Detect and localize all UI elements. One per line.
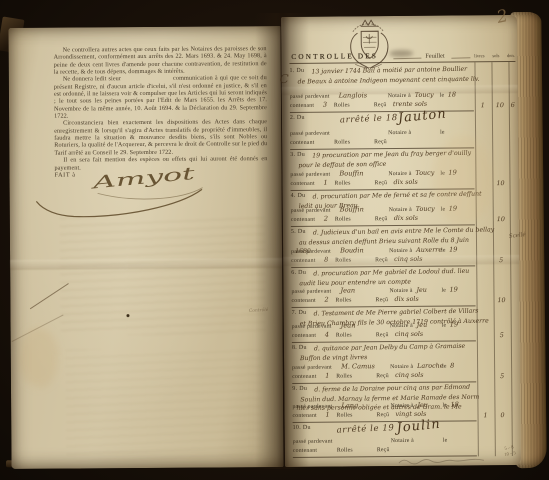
notary-place: Jeu — [416, 286, 427, 294]
label-rolles: Rolles — [334, 139, 350, 145]
amount-sols: 0 — [494, 411, 510, 419]
fee-row: contenant 1 Rolles Reçû cinq sols — [284, 372, 520, 382]
folio-label: Feuillet — [425, 53, 444, 60]
label-contenant: contenant — [292, 374, 316, 380]
label-passe-pardevant: passé pardevant — [292, 324, 332, 330]
label-recu: Reçû — [374, 139, 387, 145]
pencil-number-bottom: 10 – 5 — [504, 450, 516, 458]
fee-received: trente sols — [393, 100, 427, 108]
paragraph: Ne controllera autres actes que ceux fai… — [54, 45, 267, 76]
rolles-count: 4 — [325, 331, 329, 339]
fee-received: cinq sols — [395, 330, 423, 338]
paragraph-start: Ne donnera ledit sieur — [63, 76, 121, 83]
day-number: 8 — [450, 362, 454, 370]
label-notaire-a: Notaire à — [390, 403, 413, 409]
pencil-edge-numbers: 5 – 8 10 – 5 — [503, 444, 516, 458]
clerk-signature: Jauton — [397, 107, 447, 127]
day-number: 19 — [450, 321, 458, 329]
paragraph: Circonstanciera bien exactement les disp… — [54, 119, 267, 157]
entry-number: 10. Du — [293, 425, 311, 431]
rolles-count: 2 — [324, 296, 328, 304]
fee-row: contenant Rolles Reçû — [285, 446, 521, 456]
label-contenant: contenant — [293, 448, 317, 454]
label-recu: Reçû — [376, 332, 389, 338]
verso-showthrough — [66, 348, 262, 461]
stain — [19, 328, 59, 388]
clerk-signature: Joulin — [396, 417, 441, 436]
rolles-count: 1 — [325, 411, 329, 419]
label-contenant: contenant — [291, 217, 315, 223]
register-entry-7: 7. Du d. Testament de Me Pierre gabriel … — [284, 306, 520, 343]
label-rolles: Rolles — [336, 332, 352, 338]
label-rolles: Rolles — [337, 447, 353, 453]
notary-name: Bouffin — [340, 205, 364, 213]
label-notaire-a: Notaire à — [390, 364, 413, 370]
verso-showthrough — [60, 216, 266, 335]
entry-text-line2: Buffon de vingt livres — [300, 354, 367, 362]
label-passe-pardevant: passé pardevant — [291, 289, 331, 295]
pencil-annotation-squiggle — [397, 456, 489, 467]
amount-sols: 10 — [493, 215, 509, 223]
label-contenant: contenant — [291, 298, 315, 304]
amount-livres: 1 — [477, 411, 493, 419]
label-contenant: contenant — [292, 333, 316, 339]
fee-received: dix sols — [394, 295, 418, 303]
notary-name: Jean — [340, 286, 355, 294]
entry-text-line1: d. ferme de la Doraine pour cinq ans par… — [314, 384, 470, 394]
entry-text-line2: au dessus ancien deffunt Brieu suivant R… — [299, 237, 469, 247]
fee-received: dix sols — [393, 178, 417, 186]
label-contenant: contenant — [290, 140, 314, 146]
fee-row: contenant 2 Rolles Reçû dix sols — [283, 215, 519, 225]
paper-crease — [10, 258, 282, 270]
amount-sols: 10 — [493, 296, 509, 304]
notary-place: Toucy — [416, 205, 435, 213]
entry-number: 5. Du — [291, 229, 306, 235]
label-notaire-a: Notaire à — [389, 207, 412, 213]
entry-text-line1: d. quitance par Jean Delby du Camp à Gra… — [314, 343, 465, 353]
rolles-count: 2 — [324, 215, 328, 223]
label-passe-pardevant: passé pardevant — [291, 208, 331, 214]
handwritten-dash — [451, 57, 470, 58]
label-passe-pardevant: passé pardevant — [290, 172, 330, 178]
label-rolles: Rolles — [336, 412, 352, 418]
fee-row: contenant Rolles Reçû — [282, 138, 518, 148]
arrete-note: arrêté le 19 — [336, 423, 394, 436]
notary-name: Bouffin — [339, 169, 363, 177]
stain — [432, 135, 493, 226]
rolles-count: 1 — [325, 372, 329, 380]
label-recu: Reçû — [376, 412, 389, 418]
label-notaire-a: Notaire à — [388, 171, 411, 177]
column-header-deniers: den. — [504, 53, 517, 58]
right-page: CONTROLLE DES Feuillet livres sols den. — [281, 15, 521, 467]
notary-place: Auxerre — [416, 246, 442, 254]
label-recu: Reçû — [377, 447, 390, 453]
rolles-count: 1 — [323, 179, 327, 187]
fee-received: cinq sols — [395, 371, 423, 379]
entry-number: 8. Du — [292, 345, 307, 351]
notary-place: Jeu — [417, 401, 428, 409]
label-passe-pardevant: passé pardevant — [290, 131, 330, 137]
label-recu: Reçû — [375, 297, 388, 303]
amount-sols: 5 — [494, 331, 510, 339]
label-le: le — [441, 288, 446, 294]
day-number: 19 — [449, 286, 457, 294]
label-le: le — [442, 323, 447, 329]
entry-number: 1. Du — [289, 68, 304, 74]
label-le: le — [441, 248, 446, 254]
fee-row: contenant 2 Rolles Reçû dix sols — [283, 296, 519, 306]
label-recu: Reçû — [376, 373, 389, 379]
label-rolles: Rolles — [334, 102, 350, 108]
entry-number: 9. Du — [292, 386, 307, 392]
label-contenant: contenant — [292, 413, 316, 419]
label-contenant: contenant — [290, 181, 314, 187]
notary-name: Jean — [341, 321, 356, 329]
register-entry-10: 10. Du arrêté le 19 Joulin passé pardeva… — [285, 421, 521, 458]
label-le: le — [442, 364, 447, 370]
fee-received: dix sols — [394, 214, 418, 222]
register-entry-2: 2. Du arrêté le 18 Jauton passé pardevan… — [282, 111, 518, 150]
label-notaire-a: Notaire à — [390, 323, 413, 329]
entry-text-line2: pour le deffaut de son office — [298, 161, 386, 169]
entry-number: 7. Du — [292, 310, 307, 316]
book-photograph: Ne controllera autres actes que ceux fai… — [0, 0, 549, 480]
notary-place: Jeu — [417, 321, 428, 329]
day-number: 18 — [450, 401, 458, 409]
left-page: Ne controllera autres actes que ceux fai… — [8, 26, 283, 469]
label-recu: Reçû — [374, 180, 387, 186]
notary-name: Lang — [341, 401, 358, 409]
notary-place: Toucy — [415, 169, 434, 177]
entry-text-line1: 13 janvier 1744 Bail à moitié par antoin… — [311, 66, 467, 76]
fee-received: vingt sols — [395, 410, 426, 418]
label-recu: Reçû — [374, 102, 387, 108]
register-entry-8: 8. Du d. quitance par Jean Delby du Camp… — [284, 341, 520, 384]
column-header-sols: sols — [487, 53, 504, 58]
amount-deniers: 6 — [508, 101, 518, 109]
label-contenant: contenant — [290, 103, 314, 109]
amount-sols: 5 — [494, 372, 510, 380]
notary-name: M. Camus — [341, 362, 375, 370]
label-notaire-a: Notaire à — [391, 438, 414, 444]
entry-text-line1: d. procuration par Me gabriel de Lodoul … — [313, 268, 469, 278]
register-entry-6: 6. Du d. procuration par Me gabriel de L… — [283, 266, 519, 308]
label-passe-pardevant: passé pardevant — [293, 439, 333, 445]
entry-number: 2. Du — [290, 115, 305, 121]
label-passe-pardevant: passé pardevant — [292, 365, 332, 371]
paragraph: Ne donnera ledit sieurcommunication à qu… — [54, 75, 267, 121]
handwritten-dash — [393, 58, 421, 60]
notary-place: Laroche — [417, 362, 444, 370]
amount-sols: 10 — [492, 179, 508, 187]
label-notaire-a: Notaire à — [388, 130, 411, 136]
label-le: le — [443, 438, 448, 444]
entry-text-line2: de Beaux à antoine Indigeon moyenant cen… — [298, 76, 480, 86]
day-number: 19 — [449, 246, 457, 254]
notary-name: Boudin — [340, 246, 364, 254]
label-rolles: Rolles — [336, 373, 352, 379]
label-recu: Reçû — [375, 216, 388, 222]
armorial-stamp-icon — [339, 16, 395, 72]
label-le: le — [440, 130, 445, 136]
rolles-count: 3 — [323, 101, 327, 109]
label-rolles: Rolles — [335, 297, 351, 303]
amount-sols: 10 — [492, 101, 508, 109]
label-rolles: Rolles — [335, 216, 351, 222]
arrete-note: arrêté le 18 — [340, 113, 398, 126]
fee-row: contenant 4 Rolles Reçû cinq sols — [284, 331, 520, 341]
entry-number: 4. Du — [291, 193, 306, 199]
label-notaire-a: Notaire à — [389, 288, 412, 294]
ink-speck — [126, 314, 129, 317]
entry-number: 6. Du — [291, 270, 306, 276]
entry-text-line1: d. Testament de Me Pierre gabriel Colber… — [314, 308, 479, 318]
label-notaire-a: Notaire à — [389, 248, 412, 254]
label-le: le — [442, 403, 447, 409]
label-passe-pardevant: passé pardevant — [292, 404, 332, 410]
ink-smudge — [389, 50, 413, 57]
label-rolles: Rolles — [334, 180, 350, 186]
amount-livres: 1 — [475, 101, 491, 109]
signature-name: Amyot — [88, 164, 195, 194]
register-entry-9: 9. Du d. ferme de la Doraine pour cinq a… — [284, 382, 520, 423]
entry-text-line1: d. Judicieux d'un bail en avis entre Me … — [313, 226, 494, 236]
label-passe-pardevant: passé pardevant — [291, 249, 331, 255]
entry-number: 3. Du — [290, 152, 305, 158]
